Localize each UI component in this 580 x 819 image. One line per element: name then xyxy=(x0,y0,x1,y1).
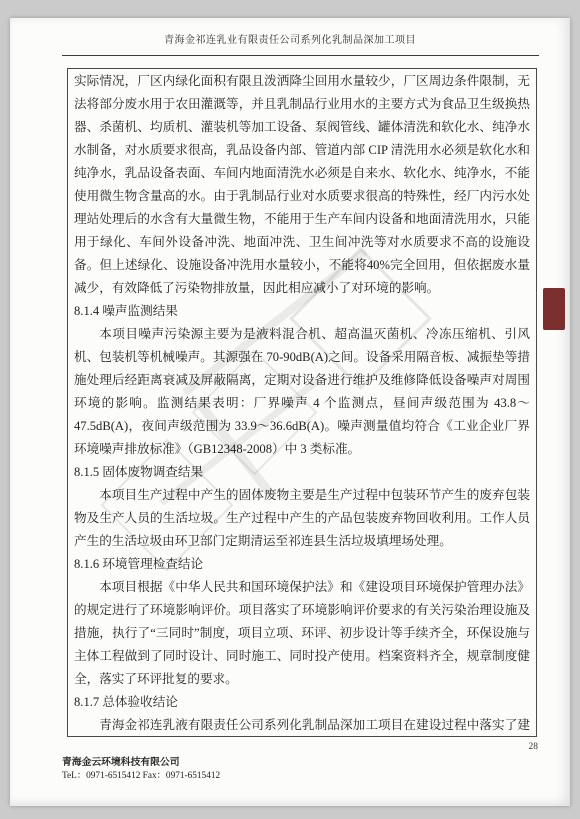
section-heading-solid-waste: 8.1.5 固体废物调查结果 xyxy=(74,461,530,484)
para-wastewater-reuse: 实际情况，厂区内绿化面积有限且泼洒降尘回用水量较少，厂区周边条件限制，无法将部分… xyxy=(74,70,530,300)
section-para-overall-conclusion: 青海金祁连乳液有限责任公司系列化乳制品深加工项目在建设过程中落实了建设项目“三同… xyxy=(74,714,530,737)
section-heading-noise: 8.1.4 噪声监测结果 xyxy=(74,300,530,323)
running-header-title: 青海金祁连乳业有限责任公司系列化乳制品深加工项目 xyxy=(10,31,570,46)
footer-company-name: 青海金云环境科技有限公司 xyxy=(62,754,180,768)
section-para-solid-waste: 本项目生产过程中产生的固体废物主要是生产过程中包装环节产生的废弃包装物及生产人员… xyxy=(74,484,530,553)
scan-background: 青海金祁连乳业有限责任公司系列化乳制品深加工项目 实际情况，厂区内绿化面积有限且… xyxy=(0,0,580,819)
section-heading-overall-conclusion: 8.1.7 总体验收结论 xyxy=(74,691,530,714)
red-stamp xyxy=(543,288,565,330)
content-border-box: 实际情况，厂区内绿化面积有限且泼洒降尘回用水量较少，厂区周边条件限制，无法将部分… xyxy=(67,68,537,737)
document-page: 青海金祁连乳业有限责任公司系列化乳制品深加工项目 实际情况，厂区内绿化面积有限且… xyxy=(10,18,570,806)
header-divider xyxy=(62,55,539,56)
section-heading-env-management: 8.1.6 环境管理检查结论 xyxy=(74,553,530,576)
section-para-env-management: 本项目根据《中华人民共和国环境保护法》和《建设项目环境保护管理办法》的规定进行了… xyxy=(74,576,530,691)
section-para-noise: 本项目噪声污染源主要为是液料混合机、超高温灭菌机、冷冻压缩机、引风机、包装机等机… xyxy=(74,323,530,461)
page-number: 28 xyxy=(60,742,538,752)
footer-contact: TeL：0971-6515412 Fax：0971-6515412 xyxy=(62,767,220,781)
